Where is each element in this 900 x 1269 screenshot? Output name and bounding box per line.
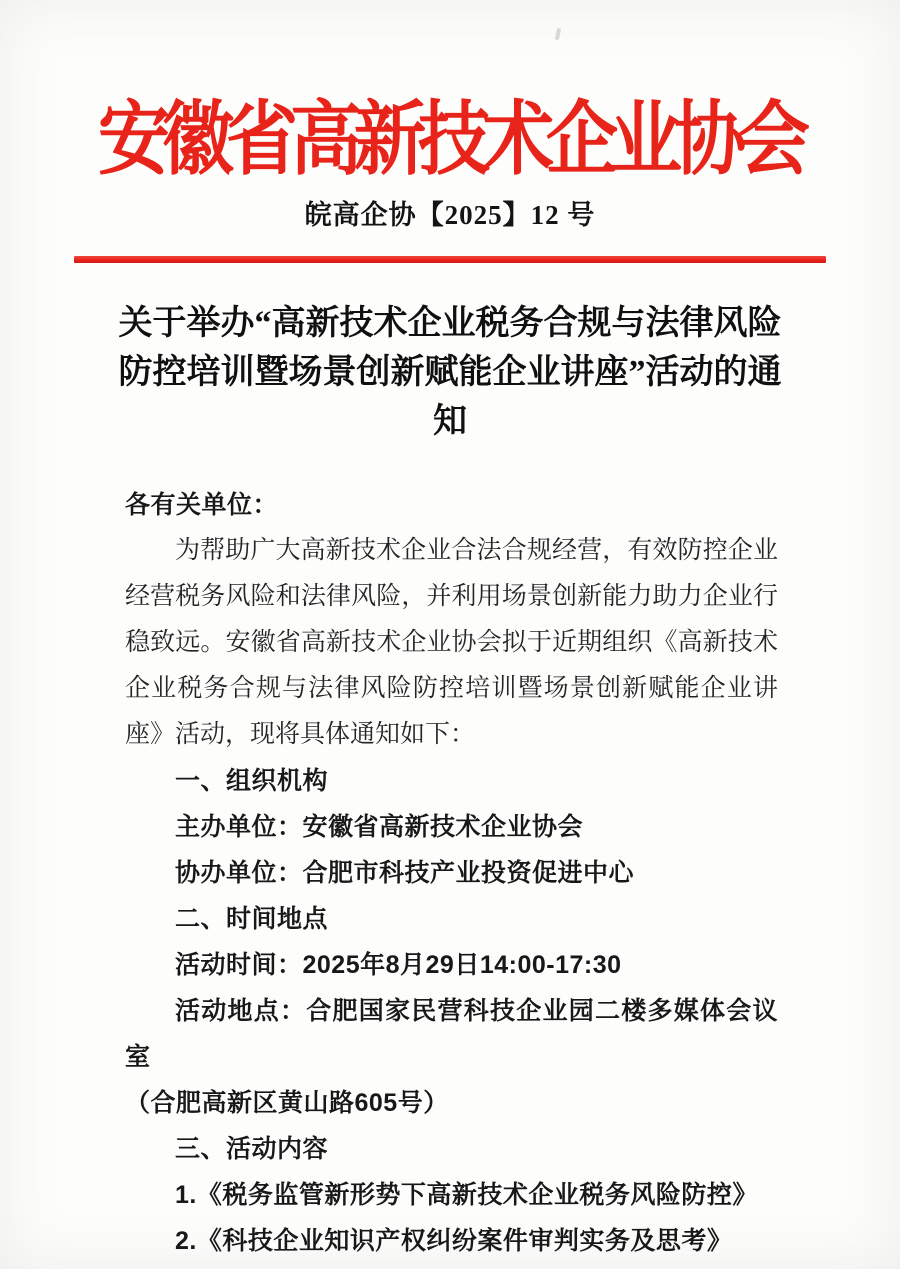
- event-time-line: 活动时间：2025年8月29日14:00-17:30: [125, 942, 778, 988]
- document-body: 各有关单位： 为帮助广大高新技术企业合法合规经营，有效防控企业经营税务风险和法律…: [125, 482, 778, 1264]
- document-number: 皖高企协【2025】12 号: [0, 200, 900, 230]
- org-name: 安徽省高新技术企业协会: [0, 100, 900, 181]
- host-unit-line: 主办单位：安徽省高新技术企业协会: [125, 804, 778, 850]
- agenda-item-1: 1.《税务监管新形势下高新技术企业税务风险防控》: [125, 1172, 778, 1218]
- section-heading-time-place: 二、时间地点: [125, 896, 778, 942]
- section-heading-organizers: 一、组织机构: [125, 758, 778, 804]
- event-address-line: （合肥高新区黄山路605号）: [125, 1080, 778, 1126]
- salutation: 各有关单位：: [125, 482, 778, 528]
- intro-paragraph: 为帮助广大高新技术企业合法合规经营，有效防控企业经营税务风险和法律风险，并利用场…: [125, 528, 778, 758]
- agenda-item-2: 2.《科技企业知识产权纠纷案件审判实务及思考》: [125, 1218, 778, 1264]
- letterhead: 安徽省高新技术企业协会 皖高企协【2025】12 号: [0, 0, 900, 263]
- co-host-unit-line: 协办单位：合肥市科技产业投资促进中心: [125, 850, 778, 896]
- header-divider: [74, 256, 826, 263]
- event-location-line: 活动地点：合肥国家民营科技企业园二楼多媒体会议室: [125, 988, 778, 1080]
- section-heading-content: 三、活动内容: [125, 1126, 778, 1172]
- notice-title: 关于举办“高新技术企业税务合规与法律风险防控培训暨场景创新赋能企业讲座”活动的通…: [105, 299, 795, 446]
